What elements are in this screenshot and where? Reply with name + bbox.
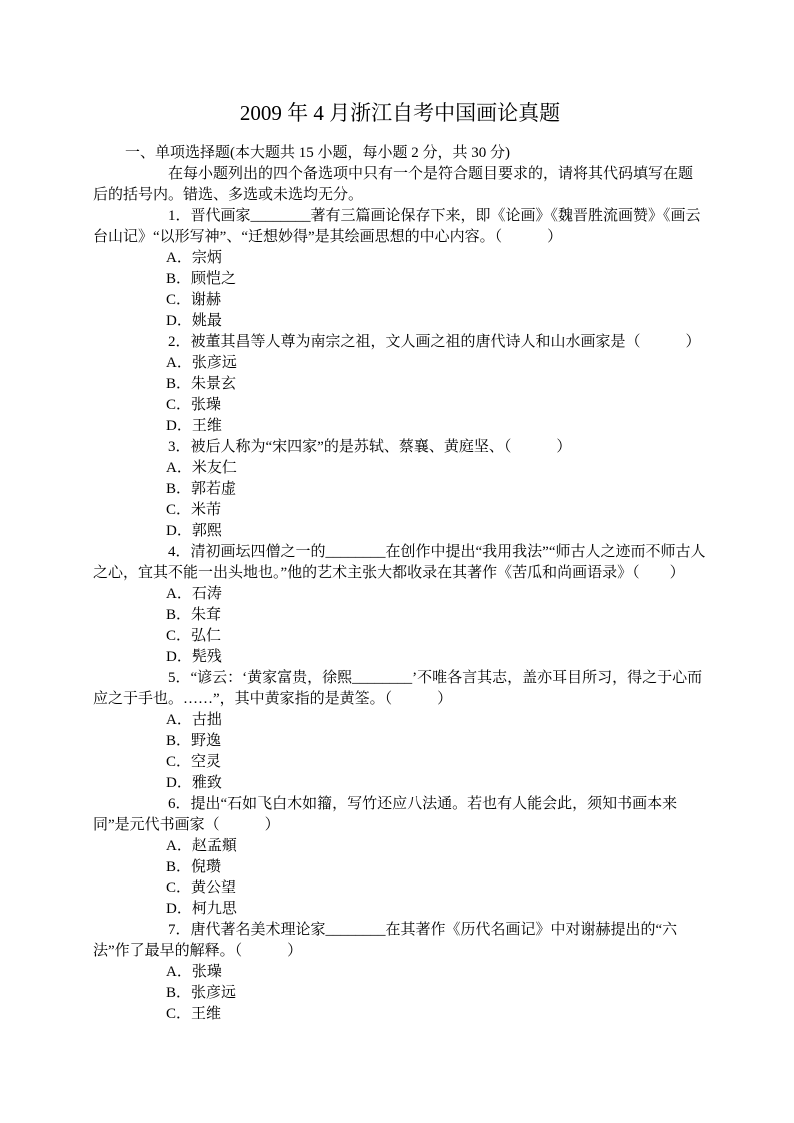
option-list: A．赵孟頫B．倪瓒C．黄公望D．柯九思 [93,836,707,920]
question-stem: 2．被董其昌等人尊为南宗之祖，文人画之祖的唐代诗人和山水画家是（ ） [93,332,707,353]
option-list: A．张璪B．张彦远C．王维 [93,962,707,1025]
answer-option: B．顾恺之 [166,269,707,290]
question-stem: 7．唐代著名美术理论家________在其著作《历代名画记》中对谢赫提出的“六法… [93,920,707,962]
answer-option: D．郭熙 [166,521,707,542]
question: 3．被后人称为“宋四家”的是苏轼、蔡襄、黄庭坚、（ ） A．米友仁B．郭若虚C．… [93,437,707,542]
answer-option: D．柯九思 [166,899,707,920]
answer-option: C．空灵 [166,752,707,773]
answer-option: B．倪瓒 [166,857,707,878]
answer-option: A．赵孟頫 [166,836,707,857]
answer-option: A．米友仁 [166,458,707,479]
option-list: A．古拙B．野逸C．空灵D．雅致 [93,710,707,794]
question-list: 1．晋代画家________著有三篇画论保存下来，即《论画》《魏晋胜流画赞》《画… [93,206,707,1025]
question-stem: 4．清初画坛四僧之一的________在创作中提出“我用我法”“师古人之迹而不师… [93,542,707,584]
answer-option: D．髡残 [166,647,707,668]
answer-option: A．张彦远 [166,353,707,374]
question: 5．“谚云：‘黄家富贵，徐熙________’不唯各言其志，盖亦耳目所习，得之于… [93,668,707,794]
option-list: A．张彦远B．朱景玄C．张璪D．王维 [93,353,707,437]
question: 6．提出“石如飞白木如籀，写竹还应八法通。若也有人能会此，须知书画本来同”是元代… [93,794,707,920]
question-stem: 6．提出“石如飞白木如籀，写竹还应八法通。若也有人能会此，须知书画本来同”是元代… [93,794,707,836]
question: 1．晋代画家________著有三篇画论保存下来，即《论画》《魏晋胜流画赞》《画… [93,206,707,332]
answer-option: D．雅致 [166,773,707,794]
answer-option: D．王维 [166,416,707,437]
answer-option: B．野逸 [166,731,707,752]
answer-option: A．古拙 [166,710,707,731]
answer-option: B．张彦远 [166,983,707,1004]
answer-option: B．朱景玄 [166,374,707,395]
answer-option: A．宗炳 [166,248,707,269]
answer-option: C．弘仁 [166,626,707,647]
page-title: 2009 年 4 月浙江自考中国画论真题 [93,100,707,127]
answer-option: C．张璪 [166,395,707,416]
section-instructions: 在每小题列出的四个备选项中只有一个是符合题目要求的，请将其代码填写在题后的括号内… [93,164,707,206]
answer-option: A．张璪 [166,962,707,983]
option-list: A．宗炳B．顾恺之C．谢赫D．姚最 [93,248,707,332]
question: 2．被董其昌等人尊为南宗之祖，文人画之祖的唐代诗人和山水画家是（ ） A．张彦远… [93,332,707,437]
question-stem: 5．“谚云：‘黄家富贵，徐熙________’不唯各言其志，盖亦耳目所习，得之于… [93,668,707,710]
section-heading: 一、单项选择题(本大题共 15 小题，每小题 2 分，共 30 分) [93,143,707,164]
exam-document-page: 2009 年 4 月浙江自考中国画论真题 一、单项选择题(本大题共 15 小题，… [0,0,794,1123]
answer-option: C．米芾 [166,500,707,521]
question-stem: 1．晋代画家________著有三篇画论保存下来，即《论画》《魏晋胜流画赞》《画… [93,206,707,248]
answer-option: A．石涛 [166,584,707,605]
answer-option: C．谢赫 [166,290,707,311]
answer-option: D．姚最 [166,311,707,332]
question-stem: 3．被后人称为“宋四家”的是苏轼、蔡襄、黄庭坚、（ ） [93,437,707,458]
answer-option: B．郭若虚 [166,479,707,500]
document-body: 一、单项选择题(本大题共 15 小题，每小题 2 分，共 30 分) 在每小题列… [93,143,707,1025]
answer-option: C．王维 [166,1004,707,1025]
answer-option: C．黄公望 [166,878,707,899]
option-list: A．米友仁B．郭若虚C．米芾D．郭熙 [93,458,707,542]
option-list: A．石涛B．朱耷C．弘仁D．髡残 [93,584,707,668]
question: 4．清初画坛四僧之一的________在创作中提出“我用我法”“师古人之迹而不师… [93,542,707,668]
answer-option: B．朱耷 [166,605,707,626]
question: 7．唐代著名美术理论家________在其著作《历代名画记》中对谢赫提出的“六法… [93,920,707,1025]
